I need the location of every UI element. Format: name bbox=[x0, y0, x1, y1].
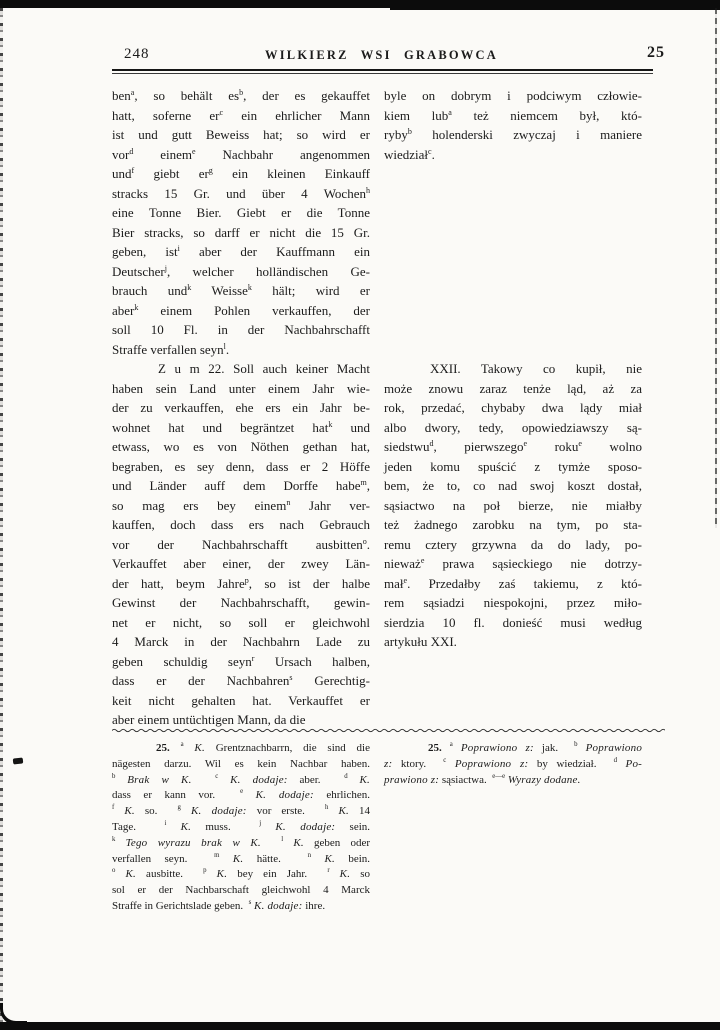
ink-blot bbox=[13, 757, 24, 764]
text-line: sol er der Nachbarschaft gleichwohl 4 Ma… bbox=[112, 883, 370, 899]
text-line: dass er kann vor. e K. dodaje: ehrlichen… bbox=[112, 788, 370, 804]
text-line: wohnet hat und begräntzet hatk und bbox=[112, 418, 370, 438]
text-line: geben schuldig seynr Ursach halben, bbox=[112, 652, 370, 672]
footnote-separator-wavy-rule bbox=[112, 727, 665, 733]
text-line: stracks 15 Gr. und über 4 Wochenh bbox=[112, 184, 370, 204]
text-line: Deutscherj, welcher holländischen Ge- bbox=[112, 262, 370, 282]
text-line: bem, że to, co nad swoj koszt dostał, bbox=[384, 476, 642, 496]
text-line: artykułu XXI. bbox=[384, 632, 642, 652]
page-number-right: 25 bbox=[647, 44, 665, 62]
text-line: wiedziałc. bbox=[384, 145, 642, 165]
text-line: begraben, es sey denn, dass er 2 Höffe bbox=[112, 457, 370, 477]
text-line: bena, so behält esb, der es gekauffet bbox=[112, 86, 370, 106]
scan-edge-bottom bbox=[0, 1022, 720, 1030]
scan-edge-top bbox=[0, 0, 720, 8]
text-line: k Tego wyrazu brak w K. l K. geben oder bbox=[112, 836, 370, 852]
text-line: rok, przedać, chybaby dwa lądy miał bbox=[384, 398, 642, 418]
text-line: geben, isti aber der Kauffmann ein bbox=[112, 242, 370, 262]
paragraph-polish-2: XXII. Takowy co kupił, niemoże znowu zar… bbox=[384, 359, 642, 652]
text-line: rybyb holenderski zwyczaj i maniere bbox=[384, 125, 642, 145]
text-line: jeden komu spuścić z tymże sposo- bbox=[384, 457, 642, 477]
text-line: sąsiactwo na poł bierze, nie miałby bbox=[384, 496, 642, 516]
header-rule bbox=[112, 69, 653, 74]
text-line: Tage. i K. muss. j K. dodaje: sein. bbox=[112, 820, 370, 836]
text-line: und Länder auff dem Dorffe habem, bbox=[112, 476, 370, 496]
text-line: remu cztery grzywna da do lady, po- bbox=[384, 535, 642, 555]
text-line: nägesten darzu. Wil es kein Nachbar habe… bbox=[112, 757, 370, 773]
text-line: 4 Marck in der Nachbahrn Lade zu bbox=[112, 632, 370, 652]
text-line: 25. a Poprawiono z: jak. b Poprawiono bbox=[384, 741, 642, 757]
text-line: vor der Nachbahrschafft ausbitteno. bbox=[112, 535, 370, 555]
page-header: 248 WILKIERZ WSI GRABOWCA 25 bbox=[112, 44, 665, 74]
paragraph-polish-1: byle on dobrym i podciwym człowie-kiem l… bbox=[384, 86, 642, 164]
text-line: Verkauffet aber einer, der zwey Län- bbox=[112, 554, 370, 574]
column-polish: byle on dobrym i podciwym człowie-kiem l… bbox=[384, 86, 642, 730]
text-line: ist und gutt Beweiss hat; so wird er bbox=[112, 125, 370, 145]
text-line: Straffe verfallen seynl. bbox=[112, 340, 370, 360]
text-line: Z u m 22. Soll auch keiner Macht bbox=[112, 359, 370, 379]
text-line: aberk einem Pohlen verkauffen, der bbox=[112, 301, 370, 321]
text-line: soll 10 Fl. in der Nachbahrschafft bbox=[112, 320, 370, 340]
text-line: vord eineme Nachbahr angenommen bbox=[112, 145, 370, 165]
footnotes-german: 25. a K. Grentznachbarrn, die sind dienä… bbox=[112, 741, 370, 915]
text-line: hatt, soferne erc ein ehrlicher Mann bbox=[112, 106, 370, 126]
paragraph-german-2: Z u m 22. Soll auch keiner Machthaben se… bbox=[112, 359, 370, 730]
text-line: dass er der Nachbahrens Gerechtig- bbox=[112, 671, 370, 691]
scan-edge-right bbox=[715, 8, 717, 528]
text-line: verfallen seyn. m K. hätte. n K. bein. bbox=[112, 852, 370, 868]
text-line: etwass, wo es von Nöthen gethan hat, bbox=[112, 437, 370, 457]
text-line: undf giebt erg ein kleinen Einkauff bbox=[112, 164, 370, 184]
text-line: rem sąsiadzi niespokojni, przez miło- bbox=[384, 593, 642, 613]
text-line: net er nicht, so soll er gleichwohl bbox=[112, 613, 370, 633]
text-line: sierdzia 10 fl. donieść musi według bbox=[384, 613, 642, 633]
text-line: Bier stracks, so darff er nicht die 15 G… bbox=[112, 223, 370, 243]
text-line: brauch undk Weissek hält; wird er bbox=[112, 281, 370, 301]
text-line: der zu verkauffen, ehe ers ein Jahr be- bbox=[112, 398, 370, 418]
text-line: keit nicht gehalten hat. Verkauffet er bbox=[112, 691, 370, 711]
text-line: siedstwud, pierwszegoe rokue wolno bbox=[384, 437, 642, 457]
text-line: może znowu zaraz tenże ląd, aż za bbox=[384, 379, 642, 399]
text-line: b Brak w K. c K. dodaje: aber. d K. bbox=[112, 773, 370, 789]
text-line: kiem luba też niemcem był, któ- bbox=[384, 106, 642, 126]
text-line: Straffe in Gerichtslade geben. s K. doda… bbox=[112, 899, 370, 915]
footnotes: 25. a K. Grentznachbarrn, die sind dienä… bbox=[112, 741, 642, 915]
text-line: albo dwory, tedy, opowiedziawszy są- bbox=[384, 418, 642, 438]
text-line: byle on dobrym i podciwym człowie- bbox=[384, 86, 642, 106]
body-text: bena, so behält esb, der es gekauffethat… bbox=[112, 86, 642, 730]
scan-edge-left bbox=[0, 8, 3, 1022]
scanned-book-page: 248 WILKIERZ WSI GRABOWCA 25 bena, so be… bbox=[0, 0, 720, 1030]
text-line: z: ktory. c Poprawiono z: by wiedział. d… bbox=[384, 757, 642, 773]
text-line: 25. a K. Grentznachbarrn, die sind die bbox=[112, 741, 370, 757]
text-line: małe. Przedałby zaś takiemu, z któ- bbox=[384, 574, 642, 594]
footnotes-polish: 25. a Poprawiono z: jak. b Poprawionoz: … bbox=[384, 741, 642, 915]
text-line: haben sein Land unter einem Jahr wie- bbox=[112, 379, 370, 399]
text-line: der hatt, beym Jahrep, so ist der halbe bbox=[112, 574, 370, 594]
text-line: też żadnego zarobku na tym, po sta- bbox=[384, 515, 642, 535]
column-german: bena, so behält esb, der es gekauffethat… bbox=[112, 86, 370, 730]
text-line: XXII. Takowy co kupił, nie bbox=[384, 359, 642, 379]
text-line: prawiono z: sąsiactwa. e—e Wyrazy dodane… bbox=[384, 773, 642, 789]
running-title: WILKIERZ WSI GRABOWCA bbox=[112, 48, 651, 63]
text-line: nieważe prawa sąsieckiego nie dotrzy- bbox=[384, 554, 642, 574]
text-line: Gewinst der Nachbahrschafft, gewin- bbox=[112, 593, 370, 613]
text-line: eine Tonne Bier. Giebt er die Tonne bbox=[112, 203, 370, 223]
scan-edge-top-bump bbox=[390, 8, 720, 10]
text-line: kauffen, doch dass ers nach Gebrauch bbox=[112, 515, 370, 535]
text-line: f K. so. g K. dodaje: vor erste. h K. 14 bbox=[112, 804, 370, 820]
text-line: so mag ers bey einemn Jahr ver- bbox=[112, 496, 370, 516]
paragraph-german-1: bena, so behält esb, der es gekauffethat… bbox=[112, 86, 370, 359]
text-line: o K. ausbitte. p K. bey ein Jahr. r K. s… bbox=[112, 867, 370, 883]
